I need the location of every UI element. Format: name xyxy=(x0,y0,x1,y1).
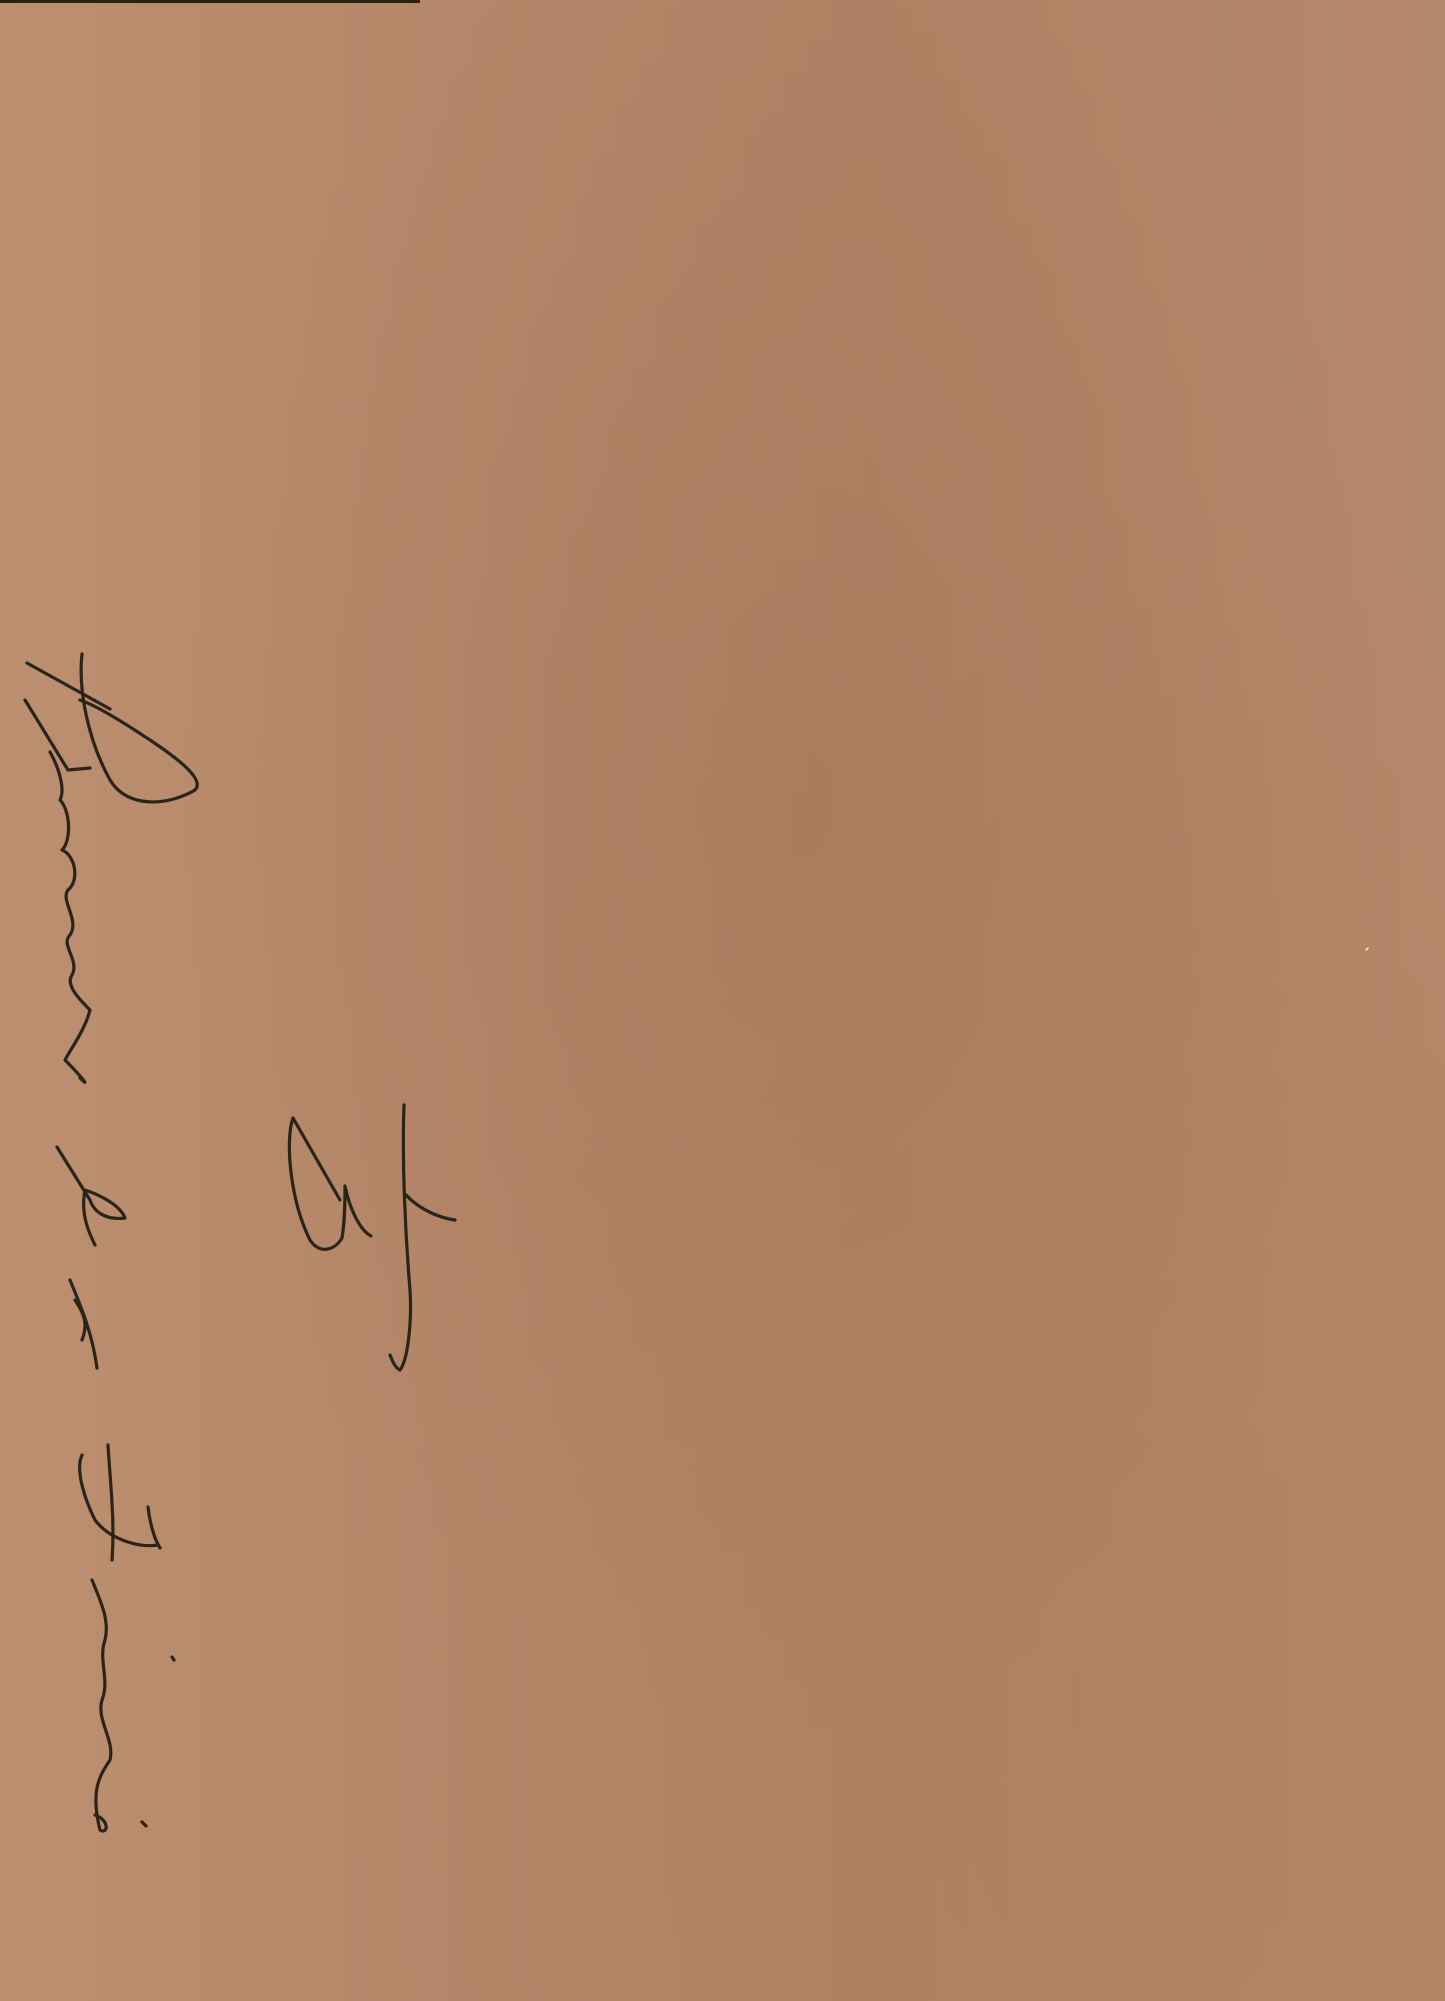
document-page: Premeno Leon Zamiello 1/3 xyxy=(0,0,1445,2001)
handwriting-ink xyxy=(0,0,1445,2001)
handwritten-fraction xyxy=(289,1105,455,1370)
handwritten-name xyxy=(25,654,197,1831)
